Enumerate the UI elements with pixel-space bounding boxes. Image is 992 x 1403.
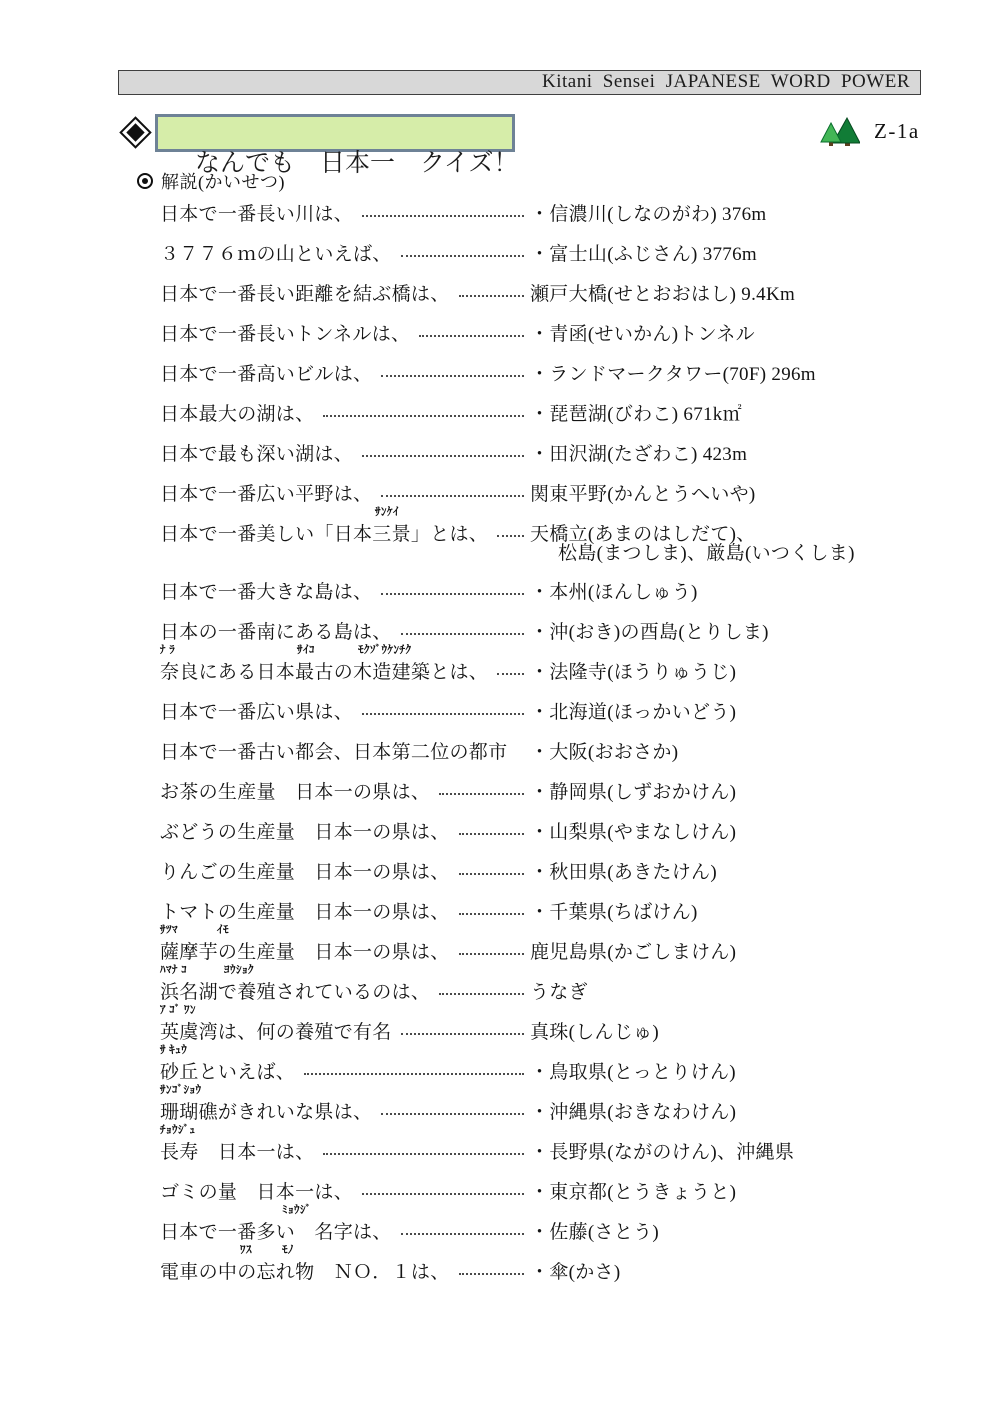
dotted-leader (497, 673, 524, 675)
question-cell: 日本で一番古い都会、日本第二位の都市 (160, 737, 530, 764)
question-cell: ゴミの量 日本一は、 (160, 1177, 530, 1204)
diamond-icon (119, 116, 152, 149)
qa-main-line: 日本で一番長いトンネルは、・青函(せいかん)トンネル (160, 319, 906, 345)
dotted-leader (401, 1033, 524, 1035)
furigana-line (160, 225, 906, 239)
answer-text: ・信濃川(しなのがわ) 376m (530, 199, 766, 226)
qa-main-line: お茶の生産量 日本一の県は、・静岡県(しずおかけん) (160, 777, 906, 803)
question-text: ゴミの量 日本一は、 (160, 1177, 353, 1204)
question-cell: ３７７６ｍの山といえば、 (160, 239, 530, 266)
answer-text: ・長野県(ながのけん)、沖縄県 (530, 1137, 794, 1164)
dotted-leader (401, 1233, 524, 1235)
qa-main-line: 日本で一番多い 名字は、・佐藤(さとう) (160, 1217, 906, 1243)
question-cell: トマトの生産量 日本一の県は、 (160, 897, 530, 924)
furigana-label: ｻﾝｺﾞｼｮｳ (160, 1084, 202, 1096)
dotted-leader (459, 1273, 524, 1275)
furigana-label: ﾓｸｿﾞｳｹﾝﾁｸ (358, 644, 412, 656)
question-cell: 長寿 日本一は、 (160, 1137, 530, 1164)
qa-row: トマトの生産量 日本一の県は、・千葉県(ちばけん) (160, 883, 906, 923)
question-cell: 日本で一番長い川は、 (160, 199, 530, 226)
qa-row: ぶどうの生産量 日本一の県は、・山梨県(やまなしけん) (160, 803, 906, 843)
furigana-line (160, 723, 906, 737)
qa-row: ｻ ｷｭｳ砂丘といえば、・鳥取県(とっとりけん) (160, 1043, 906, 1083)
answer-text: ・琵琶湖(びわこ) 671k㎡ (530, 399, 742, 426)
qa-row: 日本で一番長い川は、・信濃川(しなのがわ) 376m (160, 185, 906, 225)
furigana-line (160, 603, 906, 617)
worksheet-page: Kitani Sensei JAPANESE WORD POWER なんでも 日… (0, 0, 992, 1403)
qa-main-line: 日本で一番広い平野は、関東平野(かんとうへいや) (160, 479, 906, 505)
dotted-leader (304, 1073, 524, 1075)
header-title: Kitani Sensei JAPANESE WORD POWER (542, 71, 910, 92)
qa-row: 日本の一番南にある島は、・沖(おき)の酉島(とりしま) (160, 603, 906, 643)
page-header-bar: Kitani Sensei JAPANESE WORD POWER (118, 70, 921, 95)
question-cell: 日本で一番美しい「日本三景」とは、 (160, 519, 530, 546)
question-text: 薩摩芋の生産量 日本一の県は、 (160, 937, 450, 964)
qa-row: ３７７６ｍの山といえば、・富士山(ふじさん) 3776m (160, 225, 906, 265)
answer-text: ・静岡県(しずおかけん) (530, 777, 736, 804)
question-text: 日本で一番大きな島は、 (160, 577, 372, 604)
dotted-leader (419, 335, 524, 337)
question-cell: 薩摩芋の生産量 日本一の県は、 (160, 937, 530, 964)
qa-main-line: 日本で一番広い県は、・北海道(ほっかいどう) (160, 697, 906, 723)
furigana-line: ｻﾂﾏｲﾓ (160, 923, 906, 937)
dotted-leader (497, 535, 524, 537)
question-cell: 英虞湾は、何の養殖で有名 (160, 1017, 530, 1044)
furigana-line: ﾜｽﾓﾉ (160, 1243, 906, 1257)
qa-row: ﾜｽﾓﾉ電車の中の忘れ物 ＮＯ．１は、・傘(かさ) (160, 1243, 906, 1283)
furigana-line (160, 425, 906, 439)
answer-text: ・秋田県(あきたけん) (530, 857, 717, 884)
qa-main-line: 奈良にある日本最古の木造建築とは、・法隆寺(ほうりゅうじ) (160, 657, 906, 683)
question-cell: 日本最大の湖は、 (160, 399, 530, 426)
dotted-leader (381, 1113, 524, 1115)
answer-text: ・北海道(ほっかいどう) (530, 697, 736, 724)
qa-row: 日本で最も深い湖は、・田沢湖(たざわこ) 423m (160, 425, 906, 465)
furigana-label: ﾜｽ (240, 1244, 252, 1256)
qa-row: ｻﾝｹｲ日本で一番美しい「日本三景」とは、天橋立(あまのはしだて)、松島(まつし… (160, 505, 906, 563)
doc-code: Z-1a (874, 119, 920, 144)
question-cell: 奈良にある日本最古の木造建築とは、 (160, 657, 530, 684)
question-cell: 日本で一番大きな島は、 (160, 577, 530, 604)
qa-main-line: ゴミの量 日本一は、・東京都(とうきょうと) (160, 1177, 906, 1203)
question-text: 日本で一番長いトンネルは、 (160, 319, 410, 346)
question-text: 日本で一番高いビルは、 (160, 359, 372, 386)
fisheye-icon (137, 173, 153, 189)
furigana-label: ｱ ｺﾞ ﾜﾝ (160, 1004, 196, 1016)
qa-main-line: 日本で最も深い湖は、・田沢湖(たざわこ) 423m (160, 439, 906, 465)
question-text: 日本で一番長い距離を結ぶ橋は、 (160, 279, 450, 306)
question-text: トマトの生産量 日本一の県は、 (160, 897, 450, 924)
furigana-label: ﾖｳｼｮｸ (224, 964, 254, 976)
qa-row: ﾐｮｳｼﾞ日本で一番多い 名字は、・佐藤(さとう) (160, 1203, 906, 1243)
question-text: ぶどうの生産量 日本一の県は、 (160, 817, 450, 844)
dotted-leader (381, 375, 524, 377)
question-cell: 日本で一番広い平野は、 (160, 479, 530, 506)
furigana-label: ｲﾓ (217, 924, 229, 936)
furigana-line (160, 563, 906, 577)
furigana-line (160, 763, 906, 777)
qa-main-line: 珊瑚礁がきれいな県は、・沖縄県(おきなわけん) (160, 1097, 906, 1123)
qa-row: 日本で一番長い距離を結ぶ橋は、瀬戸大橋(せとおおはし) 9.4Km (160, 265, 906, 305)
answer-text: ・沖(おき)の酉島(とりしま) (530, 617, 769, 644)
question-text: 日本の一番南にある島は、 (160, 617, 392, 644)
qa-row: ｱ ｺﾞ ﾜﾝ英虞湾は、何の養殖で有名真珠(しんじゅ) (160, 1003, 906, 1043)
furigana-line (160, 465, 906, 479)
question-text: 電車の中の忘れ物 ＮＯ．１は、 (160, 1257, 450, 1284)
qa-row: ｻﾝｺﾞｼｮｳ珊瑚礁がきれいな県は、・沖縄県(おきなわけん) (160, 1083, 906, 1123)
answer-text: 鹿児島県(かごしまけん) (530, 937, 736, 964)
qa-row: ﾅ ﾗｻｲｺﾓｸｿﾞｳｹﾝﾁｸ奈良にある日本最古の木造建築とは、・法隆寺(ほうり… (160, 643, 906, 683)
question-cell: 日本で一番多い 名字は、 (160, 1217, 530, 1244)
furigana-label: ｻﾝｹｲ (375, 506, 399, 518)
furigana-line (160, 803, 906, 817)
answer-text: 関東平野(かんとうへいや) (530, 479, 756, 506)
dotted-leader (323, 1153, 524, 1155)
qa-row: ｻﾂﾏｲﾓ薩摩芋の生産量 日本一の県は、鹿児島県(かごしまけん) (160, 923, 906, 963)
qa-row: 日本で一番高いビルは、・ランドマークタワー(70F) 296m (160, 345, 906, 385)
trees-icon (820, 117, 860, 147)
question-cell: 日本で一番長い距離を結ぶ橋は、 (160, 279, 530, 306)
dotted-leader (362, 215, 524, 217)
furigana-line (160, 385, 906, 399)
dotted-leader (362, 713, 524, 715)
question-cell: 日本で一番長いトンネルは、 (160, 319, 530, 346)
furigana-line: ｱ ｺﾞ ﾜﾝ (160, 1003, 906, 1017)
furigana-line (160, 1163, 906, 1177)
qa-main-line: 英虞湾は、何の養殖で有名真珠(しんじゅ) (160, 1017, 906, 1043)
dotted-leader (459, 833, 524, 835)
question-text: 日本で一番古い都会、日本第二位の都市 (160, 737, 507, 764)
furigana-line: ｻ ｷｭｳ (160, 1043, 906, 1057)
dotted-leader (439, 793, 524, 795)
furigana-line: ﾁｮｳｼﾞｭ (160, 1123, 906, 1137)
dotted-leader (381, 495, 524, 497)
answer-text: ・山梨県(やまなしけん) (530, 817, 736, 844)
question-cell: 電車の中の忘れ物 ＮＯ．１は、 (160, 1257, 530, 1284)
furigana-line: ﾅ ﾗｻｲｺﾓｸｿﾞｳｹﾝﾁｸ (160, 643, 906, 657)
question-cell: 日本の一番南にある島は、 (160, 617, 530, 644)
qa-main-line: 日本で一番大きな島は、・本州(ほんしゅう) (160, 577, 906, 603)
qa-row: 日本で一番古い都会、日本第二位の都市・大阪(おおさか) (160, 723, 906, 763)
furigana-line (160, 265, 906, 279)
dotted-leader (459, 295, 524, 297)
qa-main-line: ぶどうの生産量 日本一の県は、・山梨県(やまなしけん) (160, 817, 906, 843)
question-text: 浜名湖で養殖されているのは、 (160, 977, 430, 1004)
answer-text: ・沖縄県(おきなわけん) (530, 1097, 736, 1124)
qa-main-line: ３７７６ｍの山といえば、・富士山(ふじさん) 3776m (160, 239, 906, 265)
furigana-label: ﾓﾉ (282, 1244, 294, 1256)
question-text: 日本最大の湖は、 (160, 399, 314, 426)
answer-text: ・千葉県(ちばけん) (530, 897, 698, 924)
question-text: 日本で最も深い湖は、 (160, 439, 353, 466)
answer-text: ・本州(ほんしゅう) (530, 577, 698, 604)
qa-main-line: 日本の一番南にある島は、・沖(おき)の酉島(とりしま) (160, 617, 906, 643)
answer-text-line2: 松島(まつしま)、厳島(いつくしま) (558, 545, 906, 563)
answer-text: ・法隆寺(ほうりゅうじ) (530, 657, 736, 684)
question-cell: 日本で一番高いビルは、 (160, 359, 530, 386)
dotted-leader (362, 455, 524, 457)
answer-text: ・青函(せいかん)トンネル (530, 319, 755, 346)
question-text: りんごの生産量 日本一の県は、 (160, 857, 450, 884)
answer-text: ・大阪(おおさか) (530, 737, 678, 764)
answer-text: 真珠(しんじゅ) (530, 1017, 659, 1044)
question-text: 英虞湾は、何の養殖で有名 (160, 1017, 392, 1044)
qa-row: ﾁｮｳｼﾞｭ長寿 日本一は、・長野県(ながのけん)、沖縄県 (160, 1123, 906, 1163)
answer-text: ・傘(かさ) (530, 1257, 620, 1284)
question-cell: ぶどうの生産量 日本一の県は、 (160, 817, 530, 844)
question-cell: 珊瑚礁がきれいな県は、 (160, 1097, 530, 1124)
furigana-label: ｻﾂﾏ (160, 924, 178, 936)
furigana-label: ｻ ｷｭｳ (160, 1044, 187, 1056)
dotted-leader (401, 255, 524, 257)
question-text: 日本で一番美しい「日本三景」とは、 (160, 519, 488, 546)
qa-main-line: 日本で一番古い都会、日本第二位の都市・大阪(おおさか) (160, 737, 906, 763)
qa-list: 日本で一番長い川は、・信濃川(しなのがわ) 376m３７７６ｍの山といえば、・富… (160, 185, 906, 1283)
dotted-leader (459, 873, 524, 875)
dotted-leader (459, 913, 524, 915)
furigana-label: ﾅ ﾗ (160, 644, 175, 656)
qa-row: お茶の生産量 日本一の県は、・静岡県(しずおかけん) (160, 763, 906, 803)
question-cell: 浜名湖で養殖されているのは、 (160, 977, 530, 1004)
dotted-leader (459, 953, 524, 955)
furigana-line (160, 683, 906, 697)
question-text: 日本で一番広い県は、 (160, 697, 353, 724)
question-text: 長寿 日本一は、 (160, 1137, 314, 1164)
furigana-label: ｻｲｺ (297, 644, 315, 656)
qa-row: 日本最大の湖は、・琵琶湖(びわこ) 671k㎡ (160, 385, 906, 425)
question-cell: 砂丘といえば、 (160, 1057, 530, 1084)
qa-main-line: 日本最大の湖は、・琵琶湖(びわこ) 671k㎡ (160, 399, 906, 425)
qa-main-line: 電車の中の忘れ物 ＮＯ．１は、・傘(かさ) (160, 1257, 906, 1283)
answer-text: ・鳥取県(とっとりけん) (530, 1057, 736, 1084)
furigana-line: ｻﾝｺﾞｼｮｳ (160, 1083, 906, 1097)
dotted-leader (323, 415, 524, 417)
furigana-line: ﾊﾏﾅ ｺﾖｳｼｮｸ (160, 963, 906, 977)
question-cell: お茶の生産量 日本一の県は、 (160, 777, 530, 804)
furigana-line (160, 305, 906, 319)
question-text: 珊瑚礁がきれいな県は、 (160, 1097, 372, 1124)
diamond-icon-core (126, 123, 144, 141)
furigana-label: ﾐｮｳｼﾞ (282, 1204, 312, 1216)
qa-main-line: りんごの生産量 日本一の県は、・秋田県(あきたけん) (160, 857, 906, 883)
furigana-line (160, 843, 906, 857)
furigana-line: ﾐｮｳｼﾞ (160, 1203, 906, 1217)
qa-main-line: 長寿 日本一は、・長野県(ながのけん)、沖縄県 (160, 1137, 906, 1163)
qa-row: 日本で一番広い県は、・北海道(ほっかいどう) (160, 683, 906, 723)
question-cell: 日本で一番広い県は、 (160, 697, 530, 724)
dotted-leader (381, 593, 524, 595)
answer-text: 瀬戸大橋(せとおおはし) 9.4Km (530, 279, 795, 306)
answer-text: ・田沢湖(たざわこ) 423m (530, 439, 747, 466)
question-text: 砂丘といえば、 (160, 1057, 295, 1084)
furigana-line: ｻﾝｹｲ (160, 505, 906, 519)
question-text: お茶の生産量 日本一の県は、 (160, 777, 430, 804)
qa-row: ゴミの量 日本一は、・東京都(とうきょうと) (160, 1163, 906, 1203)
quiz-title-box: なんでも 日本一 クイズ！ (155, 114, 515, 152)
qa-main-line: 日本で一番高いビルは、・ランドマークタワー(70F) 296m (160, 359, 906, 385)
question-cell: 日本で最も深い湖は、 (160, 439, 530, 466)
qa-main-line: 日本で一番美しい「日本三景」とは、天橋立(あまのはしだて)、 (160, 519, 906, 545)
qa-main-line: 砂丘といえば、・鳥取県(とっとりけん) (160, 1057, 906, 1083)
qa-main-line: 薩摩芋の生産量 日本一の県は、鹿児島県(かごしまけん) (160, 937, 906, 963)
qa-row: 日本で一番長いトンネルは、・青函(せいかん)トンネル (160, 305, 906, 345)
qa-row: りんごの生産量 日本一の県は、・秋田県(あきたけん) (160, 843, 906, 883)
question-cell: りんごの生産量 日本一の県は、 (160, 857, 530, 884)
answer-text: うなぎ (530, 977, 588, 1004)
qa-main-line: 日本で一番長い川は、・信濃川(しなのがわ) 376m (160, 199, 906, 225)
qa-row: 日本で一番広い平野は、関東平野(かんとうへいや) (160, 465, 906, 505)
question-text: ３７７６ｍの山といえば、 (160, 239, 392, 266)
answer-text: 天橋立(あまのはしだて)、 (530, 519, 756, 546)
qa-row: ﾊﾏﾅ ｺﾖｳｼｮｸ浜名湖で養殖されているのは、うなぎ (160, 963, 906, 1003)
qa-main-line: 日本で一番長い距離を結ぶ橋は、瀬戸大橋(せとおおはし) 9.4Km (160, 279, 906, 305)
qa-row: 日本で一番大きな島は、・本州(ほんしゅう) (160, 563, 906, 603)
dotted-leader (362, 1193, 524, 1195)
answer-text: ・佐藤(さとう) (530, 1217, 659, 1244)
question-text: 日本で一番多い 名字は、 (160, 1217, 392, 1244)
dotted-leader (401, 633, 524, 635)
furigana-line (160, 185, 906, 199)
answer-text: ・東京都(とうきょうと) (530, 1177, 736, 1204)
answer-text: ・ランドマークタワー(70F) 296m (530, 359, 816, 386)
furigana-line (160, 345, 906, 359)
qa-main-line: トマトの生産量 日本一の県は、・千葉県(ちばけん) (160, 897, 906, 923)
question-text: 日本で一番広い平野は、 (160, 479, 372, 506)
dotted-leader (439, 993, 524, 995)
furigana-line (160, 883, 906, 897)
question-text: 奈良にある日本最古の木造建築とは、 (160, 657, 488, 684)
qa-main-line: 浜名湖で養殖されているのは、うなぎ (160, 977, 906, 1003)
furigana-label: ﾁｮｳｼﾞｭ (160, 1124, 196, 1136)
question-text: 日本で一番長い川は、 (160, 199, 353, 226)
furigana-label: ﾊﾏﾅ ｺ (160, 964, 187, 976)
answer-text: ・富士山(ふじさん) 3776m (530, 239, 757, 266)
